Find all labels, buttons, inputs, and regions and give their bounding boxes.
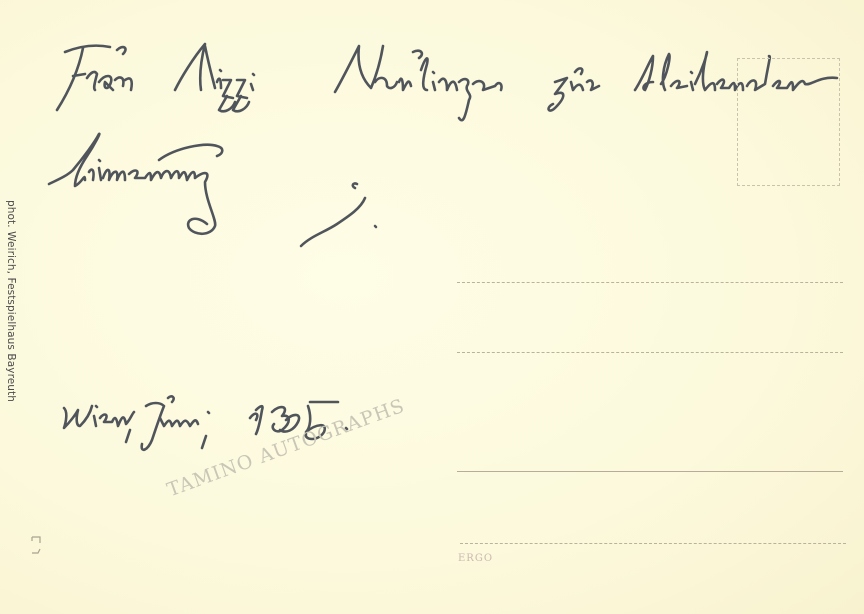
inscription-line-2: Erinnerung <box>45 128 385 258</box>
address-line-4 <box>460 543 846 544</box>
photo-credit: phot. Weirich, Festspielhaus Bayreuth <box>5 200 17 402</box>
corner-bracket-mark <box>30 535 42 557</box>
inscription-line-1: Frau Mizzi Näslinger zur bleibenden <box>55 38 845 128</box>
handwriting-line-1 <box>55 38 845 128</box>
address-line-2 <box>457 352 843 353</box>
address-line-3 <box>457 471 843 472</box>
postcard-back: phot. Weirich, Festspielhaus Bayreuth Fr… <box>0 0 864 614</box>
publisher-mark: ERGO <box>458 553 493 564</box>
handwriting-line-2 <box>45 128 385 258</box>
stamp-placeholder-box <box>737 58 840 186</box>
address-line-1 <box>457 282 843 283</box>
